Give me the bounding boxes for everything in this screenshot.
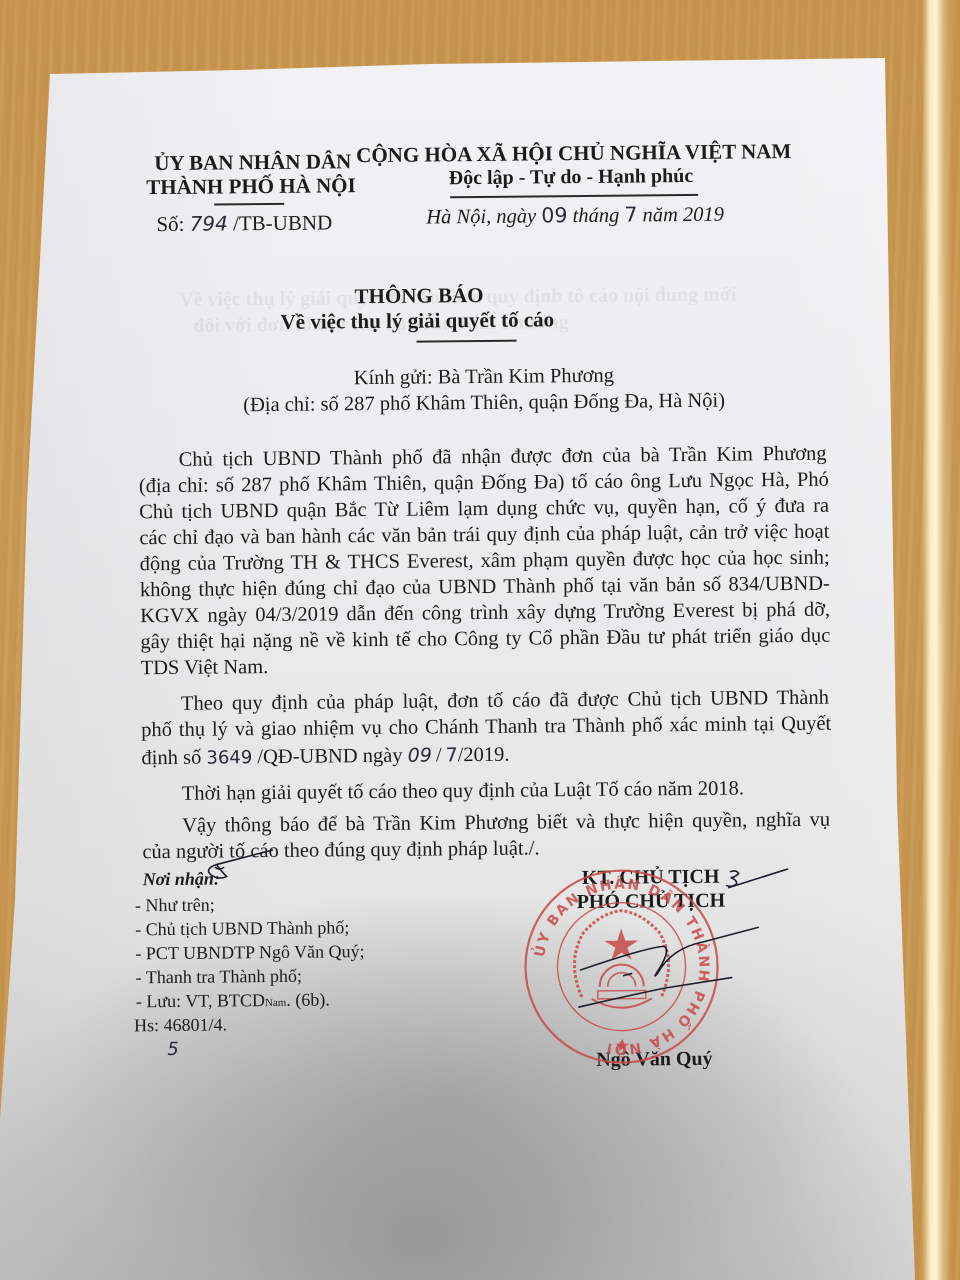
date-day-handwritten: 09	[541, 203, 567, 227]
agency-name-line1: ỦY BAN NHÂN DÂN	[154, 149, 351, 176]
paragraph-1-line: các chỉ đạo và ban hành các văn bản trái…	[139, 521, 829, 551]
recipients-item: - Chủ tịch UBND Thành phố;	[135, 915, 349, 941]
file-number: Hs: 46801/4.	[134, 1012, 227, 1037]
date-month-label: tháng	[572, 205, 619, 227]
document-number: Số: 794 /TB-UBND	[156, 210, 332, 237]
national-motto: Độc lập - Tự do - Hạnh phúc	[449, 165, 694, 190]
decision-year: /2019.	[458, 744, 510, 766]
date-month-handwritten: 7	[624, 202, 637, 226]
recipients-item: - Như trên;	[135, 893, 215, 918]
paragraph-1-line: KGVX ngày 04/3/2019 dẫn đến công trình x…	[140, 599, 830, 629]
archive-subscript: Nam	[265, 997, 287, 1009]
paragraph-1-line: Chủ tịch UBND quận Bắc Từ Liêm lạm dụng …	[139, 495, 829, 525]
date-prefix: Hà Nội, ngày	[426, 205, 536, 228]
decision-number-handwritten: 3649	[206, 747, 252, 768]
paragraph-1-line: TDS Việt Nam.	[141, 651, 831, 681]
document-title: THÔNG BÁO	[354, 283, 483, 309]
decision-prefix: định số	[141, 747, 201, 770]
handwritten-mark: 5	[167, 1039, 179, 1060]
paragraph-4-line: Vậy thông báo để bà Trần Kim Phương biết…	[182, 809, 830, 838]
paragraph-1-line: (địa chỉ: số 287 phố Khâm Thiên, quận Đố…	[139, 469, 829, 499]
paragraph-1-line: không thực hiện đúng chỉ đạo của UBND Th…	[140, 573, 830, 603]
title-divider	[417, 340, 517, 342]
paragraph-1-line: động của Trường TH & THCS Everest, xâm p…	[140, 547, 830, 577]
recipient-salutation: Kính gửi: Bà Trần Kim Phương	[354, 363, 615, 391]
decision-date-separator: /	[436, 744, 442, 766]
date-year: năm 2019	[642, 204, 724, 227]
recipients-item: - Thanh tra Thành phố;	[135, 964, 302, 990]
document-number-suffix: /TB-UBND	[233, 210, 332, 235]
paragraph-2-last-line: định số 3649 /QĐ-UBND ngày 09/7/2019.	[141, 742, 509, 773]
document-content: Về việc thụ lý giải quyết tố cáo theo qu…	[0, 0, 960, 1280]
official-stamp-icon: ỦY BAN NHÂN DÂN THÀNH PHỐ HÀ NỘI	[521, 866, 723, 1068]
document-date: Hà Nội, ngày 09 tháng 7 năm 2019	[426, 202, 724, 230]
national-title: CỘNG HÒA XÃ HỘI CHỦ NGHĨA VIỆT NAM	[356, 139, 791, 168]
paragraph-2-line: phố thụ lý và giao nhiệm vụ cho Chánh Th…	[141, 713, 831, 743]
paragraph-3: Thời hạn giải quyết tố cáo theo quy định…	[182, 775, 744, 806]
agency-name-line2: THÀNH PHỐ HÀ NỘI	[146, 173, 356, 200]
document-number-handwritten: 794	[190, 211, 228, 235]
header-right-divider	[450, 194, 698, 198]
archive-suffix: . (6b).	[286, 989, 330, 1009]
paragraph-1-line: Chủ tịch UBND Thành phố đã nhận được đơn…	[179, 443, 827, 472]
recipients-item: - PCT UBNDTP Ngô Văn Quý;	[135, 939, 364, 965]
paragraph-4-line: của người tố cáo theo đúng quy định pháp…	[142, 835, 832, 865]
paragraph-2-line: Theo quy định của pháp luật, đơn tố cáo …	[181, 687, 829, 716]
document-subtitle: Về việc thụ lý giải quyết tố cáo	[280, 307, 554, 335]
decision-middle: /QĐ-UBND ngày	[257, 745, 402, 768]
decision-day-handwritten: 09	[408, 744, 432, 766]
recipients-archive: - Lưu: VT, BTCDNam. (6b).	[136, 987, 330, 1016]
recipients-label: Nơi nhận:	[143, 869, 220, 891]
recipient-address: (Địa chỉ: số 287 phố Khâm Thiên, quận Đố…	[243, 388, 725, 419]
decision-month-handwritten: 7	[445, 744, 457, 766]
archive-prefix: - Lưu: VT, BTCD	[136, 990, 265, 1011]
header-left-divider	[214, 203, 284, 205]
paragraph-1-line: gây thiệt hại nặng nề về kinh tế cho Côn…	[140, 625, 830, 655]
document-number-prefix: Số:	[156, 212, 184, 236]
